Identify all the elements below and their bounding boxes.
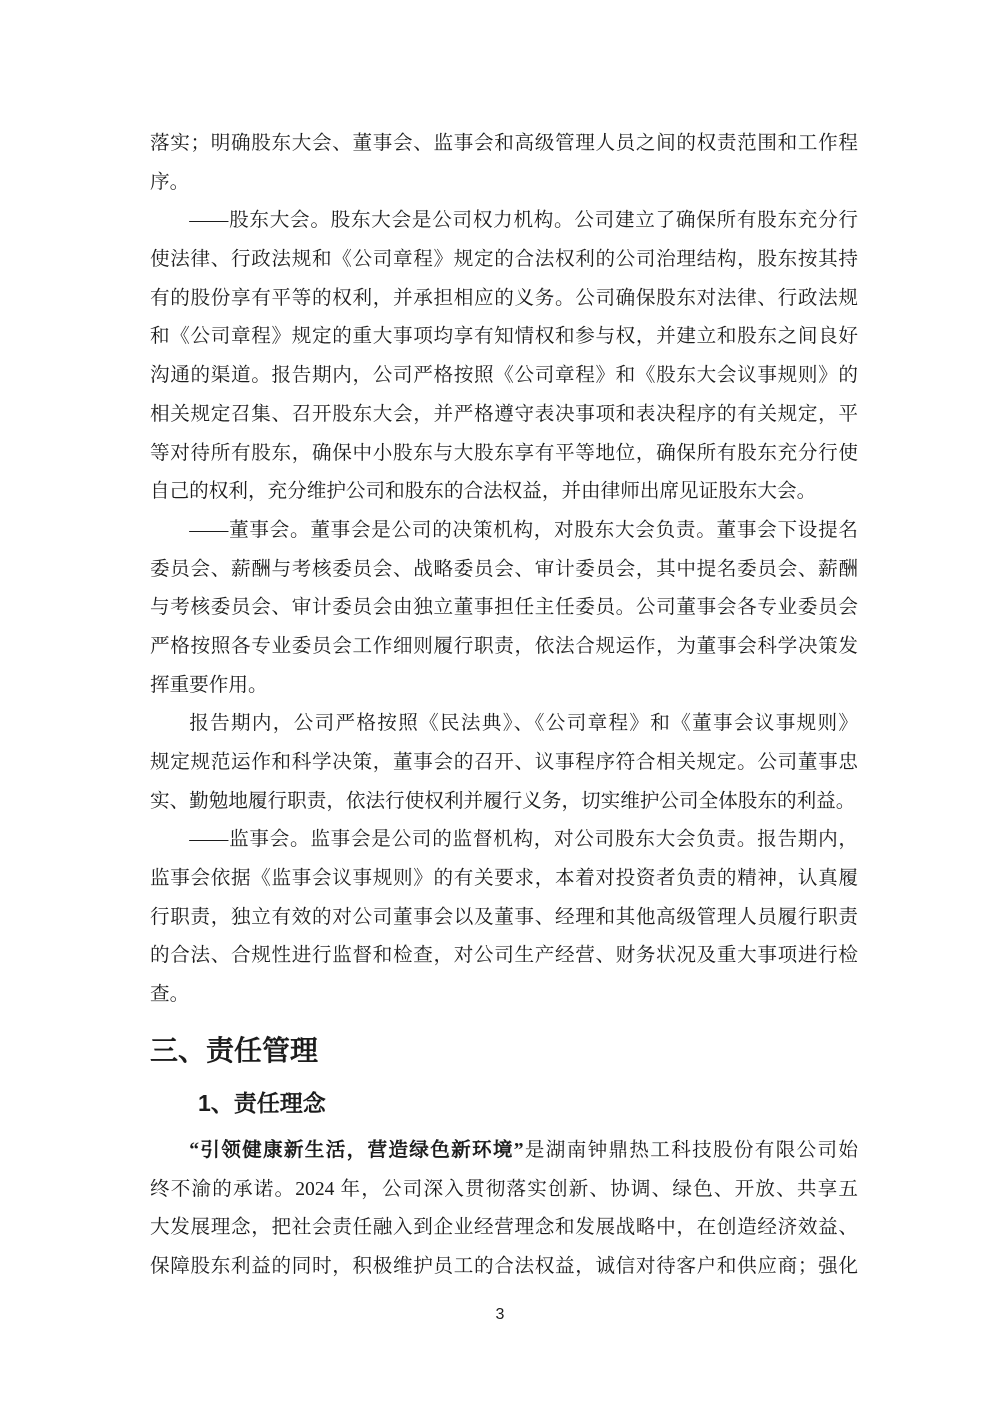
text-line: 和《公司章程》规定的重大事项均享有知情权和参与权，并建立和股东之间良好 — [150, 318, 858, 357]
text-line: 等对待所有股东，确保中小股东与大股东享有平等地位，确保所有股东充分行使 — [150, 435, 858, 474]
text-line: 大发展理念，把社会责任融入到企业经营理念和发展战略中，在创造经济效益、 — [150, 1209, 858, 1248]
text-line: 与考核委员会、审计委员会由独立董事担任主任委员。公司董事会各专业委员会 — [150, 589, 858, 628]
emphasized-text: “引领健康新生活，营造绿色新环境” — [189, 1140, 523, 1161]
paragraph: “引领健康新生活，营造绿色新环境”是湖南钟鼎热工科技股份有限公司始终不渝的承诺。… — [150, 1132, 858, 1287]
body-text: ——董事会。董事会是公司的决策机构，对股东大会负责。董事会下设提名 — [189, 520, 858, 541]
text-line: ——董事会。董事会是公司的决策机构，对股东大会负责。董事会下设提名 — [150, 512, 858, 551]
body-text: 相关规定召集、召开股东大会，并严格遵守表决事项和表决程序的有关规定，平 — [150, 404, 858, 425]
body-text: 与考核委员会、审计委员会由独立董事担任主任委员。公司董事会各专业委员会 — [150, 597, 858, 618]
text-line: 终不渝的承诺。2024 年，公司深入贯彻落实创新、协调、绿色、开放、共享五 — [150, 1171, 858, 1210]
governance-paragraphs: 落实；明确股东大会、董事会、监事会和高级管理人员之间的权责范围和工作程序。——股… — [150, 125, 858, 1015]
text-line: ——监事会。监事会是公司的监督机构，对公司股东大会负责。报告期内， — [150, 821, 858, 860]
body-text: 和《公司章程》规定的重大事项均享有知情权和参与权，并建立和股东之间良好 — [150, 326, 858, 347]
text-line: 有的股份享有平等的权利，并承担相应的义务。公司确保股东对法律、行政法规 — [150, 280, 858, 319]
body-text: 自己的权利，充分维护公司和股东的合法权益，并由律师出席见证股东大会。 — [150, 481, 816, 502]
text-line: 挥重要作用。 — [150, 667, 858, 706]
body-text: 规定规范运作和科学决策，董事会的召开、议事程序符合相关规定。公司董事忠 — [150, 752, 858, 773]
body-text: 严格按照各专业委员会工作细则履行职责，依法合规运作，为董事会科学决策发 — [150, 636, 858, 657]
page-content: 落实；明确股东大会、董事会、监事会和高级管理人员之间的权责范围和工作程序。——股… — [150, 125, 858, 1287]
body-text: 委员会、薪酬与考核委员会、战略委员会、审计委员会，其中提名委员会、薪酬 — [150, 559, 858, 580]
text-line: 报告期内，公司严格按照《民法典》、《公司章程》和《董事会议事规则》 — [150, 705, 858, 744]
body-text: 挥重要作用。 — [150, 675, 268, 696]
text-line: 自己的权利，充分维护公司和股东的合法权益，并由律师出席见证股东大会。 — [150, 473, 858, 512]
body-text: 终不渝的承诺。2024 年，公司深入贯彻落实创新、协调、绿色、开放、共享五 — [150, 1179, 858, 1200]
paragraph: 落实；明确股东大会、董事会、监事会和高级管理人员之间的权责范围和工作程序。 — [150, 125, 858, 202]
text-line: 查。 — [150, 976, 858, 1015]
text-line: 落实；明确股东大会、董事会、监事会和高级管理人员之间的权责范围和工作程 — [150, 125, 858, 164]
text-line: 委员会、薪酬与考核委员会、战略委员会、审计委员会，其中提名委员会、薪酬 — [150, 551, 858, 590]
body-text: 的合法、合规性进行监督和检查，对公司生产经营、财务状况及重大事项进行检 — [150, 945, 858, 966]
subsection-heading: 1、责任理念 — [198, 1085, 858, 1121]
body-text: 沟通的渠道。报告期内，公司严格按照《公司章程》和《股东大会议事规则》的 — [150, 365, 858, 386]
page-number: 3 — [0, 1305, 1000, 1325]
body-text: 报告期内，公司严格按照《民法典》、《公司章程》和《董事会议事规则》 — [189, 713, 858, 734]
body-text: 监事会依据《监事会议事规则》的有关要求，本着对投资者负责的精神，认真履 — [150, 868, 858, 889]
text-line: “引领健康新生活，营造绿色新环境”是湖南钟鼎热工科技股份有限公司始 — [150, 1132, 858, 1171]
body-text: 是湖南钟鼎热工科技股份有限公司始 — [524, 1140, 858, 1161]
paragraph: ——董事会。董事会是公司的决策机构，对股东大会负责。董事会下设提名委员会、薪酬与… — [150, 512, 858, 705]
text-line: 监事会依据《监事会议事规则》的有关要求，本着对投资者负责的精神，认真履 — [150, 860, 858, 899]
body-text: 序。 — [150, 172, 189, 193]
paragraph: 报告期内，公司严格按照《民法典》、《公司章程》和《董事会议事规则》规定规范运作和… — [150, 705, 858, 821]
text-line: 规定规范运作和科学决策，董事会的召开、议事程序符合相关规定。公司董事忠 — [150, 744, 858, 783]
body-text: 使法律、行政法规和《公司章程》规定的合法权利的公司治理结构，股东按其持 — [150, 249, 858, 270]
text-line: 严格按照各专业委员会工作细则履行职责，依法合规运作，为董事会科学决策发 — [150, 628, 858, 667]
body-text: 大发展理念，把社会责任融入到企业经营理念和发展战略中，在创造经济效益、 — [150, 1217, 858, 1238]
responsibility-paragraphs: “引领健康新生活，营造绿色新环境”是湖南钟鼎热工科技股份有限公司始终不渝的承诺。… — [150, 1132, 858, 1287]
text-line: 实、勤勉地履行职责，依法行使权利并履行义务，切实维护公司全体股东的利益。 — [150, 783, 858, 822]
body-text: 行职责，独立有效的对公司董事会以及董事、经理和其他高级管理人员履行职责 — [150, 907, 858, 928]
body-text: 落实；明确股东大会、董事会、监事会和高级管理人员之间的权责范围和工作程 — [150, 133, 858, 154]
paragraph: ——股东大会。股东大会是公司权力机构。公司建立了确保所有股东充分行使法律、行政法… — [150, 202, 858, 512]
body-text: 实、勤勉地履行职责，依法行使权利并履行义务，切实维护公司全体股东的利益。 — [150, 791, 855, 812]
paragraph: ——监事会。监事会是公司的监督机构，对公司股东大会负责。报告期内，监事会依据《监… — [150, 821, 858, 1014]
body-text: ——股东大会。股东大会是公司权力机构。公司建立了确保所有股东充分行 — [189, 210, 858, 231]
text-line: 序。 — [150, 164, 858, 203]
body-text: 查。 — [150, 984, 189, 1005]
text-line: 使法律、行政法规和《公司章程》规定的合法权利的公司治理结构，股东按其持 — [150, 241, 858, 280]
body-text: 保障股东利益的同时，积极维护员工的合法权益，诚信对待客户和供应商；强化 — [150, 1256, 858, 1277]
text-line: 保障股东利益的同时，积极维护员工的合法权益，诚信对待客户和供应商；强化 — [150, 1248, 858, 1287]
text-line: 的合法、合规性进行监督和检查，对公司生产经营、财务状况及重大事项进行检 — [150, 937, 858, 976]
body-text: 等对待所有股东，确保中小股东与大股东享有平等地位，确保所有股东充分行使 — [150, 443, 858, 464]
text-line: ——股东大会。股东大会是公司权力机构。公司建立了确保所有股东充分行 — [150, 202, 858, 241]
section-heading: 三、责任管理 — [150, 1031, 858, 1071]
body-text: ——监事会。监事会是公司的监督机构，对公司股东大会负责。报告期内， — [189, 829, 858, 850]
body-text: 有的股份享有平等的权利，并承担相应的义务。公司确保股东对法律、行政法规 — [150, 288, 858, 309]
text-line: 沟通的渠道。报告期内，公司严格按照《公司章程》和《股东大会议事规则》的 — [150, 357, 858, 396]
report-page: 落实；明确股东大会、董事会、监事会和高级管理人员之间的权责范围和工作程序。——股… — [0, 0, 1000, 1414]
text-line: 相关规定召集、召开股东大会，并严格遵守表决事项和表决程序的有关规定，平 — [150, 396, 858, 435]
text-line: 行职责，独立有效的对公司董事会以及董事、经理和其他高级管理人员履行职责 — [150, 899, 858, 938]
